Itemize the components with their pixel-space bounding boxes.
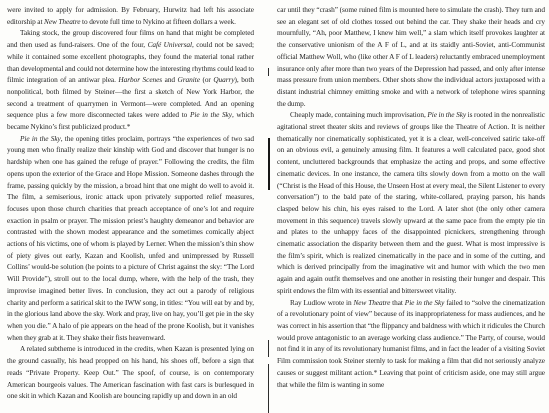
gutter-fold-mark	[268, 138, 270, 190]
right-page-text-column: car until they “crash” (some ruined film…	[277, 4, 545, 390]
left-page-text-column: were invited to apply for admission. By …	[7, 4, 254, 402]
gutter-fold-mark	[268, 340, 269, 357]
gutter-fold-mark	[268, 364, 269, 413]
paragraph: Cheaply made, containing much improvisat…	[277, 109, 545, 296]
paragraph: car until they “crash” (some ruined film…	[277, 4, 545, 109]
book-scan-page: were invited to apply for admission. By …	[0, 0, 549, 413]
paragraph: were invited to apply for admission. By …	[7, 4, 254, 27]
paragraph: Taking stock, the group discovered four …	[7, 27, 254, 132]
paragraph: Ray Ludlow wrote in New Theatre that Pie…	[277, 297, 545, 391]
paragraph: A related subtheme is introduced in the …	[7, 343, 254, 402]
paragraph: Pie in the Sky, the opening titles procl…	[7, 133, 254, 344]
gutter-fold-mark	[268, 68, 269, 76]
